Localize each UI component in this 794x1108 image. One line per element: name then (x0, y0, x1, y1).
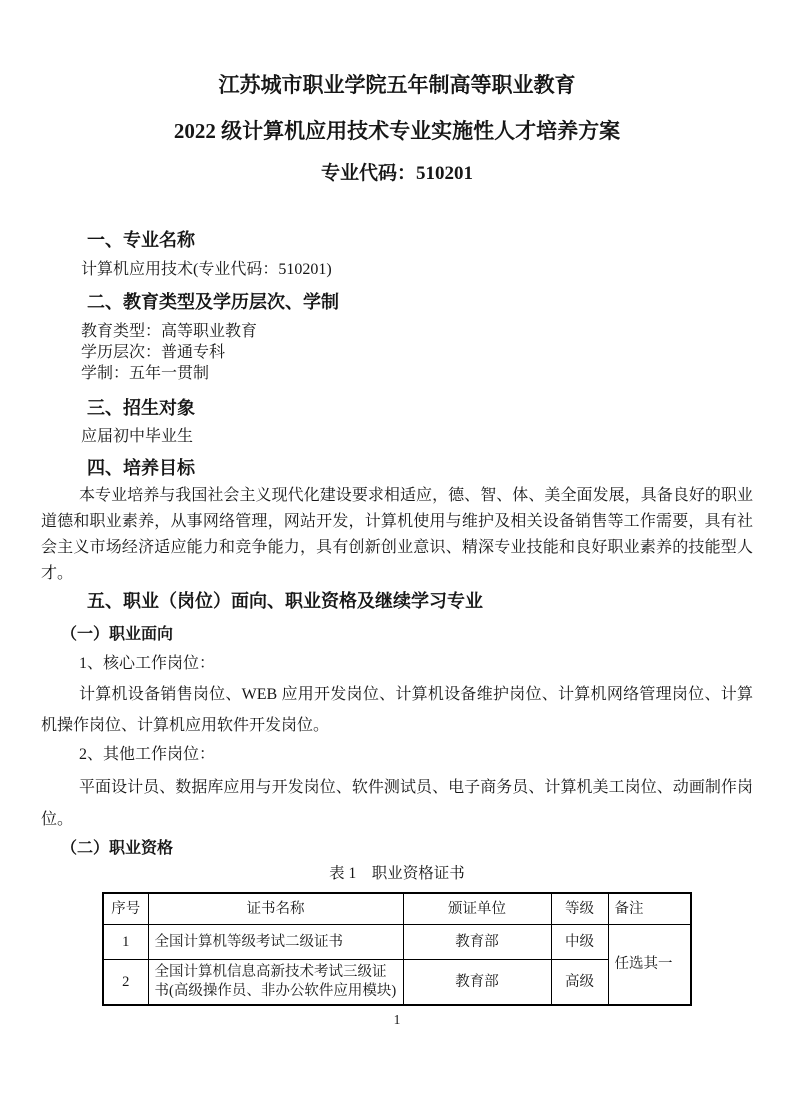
core-jobs-paragraph: 计算机设备销售岗位、WEB 应用开发岗位、计算机设备维护岗位、计算机网络管理岗位… (41, 679, 753, 741)
row-2-issuer: 教育部 (403, 960, 551, 1006)
row-1-level: 中级 (551, 925, 608, 960)
training-objective-paragraph: 本专业培养与我国社会主义现代化建设要求相适应，德、智、体、美全面发展，具备良好的… (41, 483, 753, 587)
section-3-heading: 三、招生对象 (87, 396, 753, 420)
column-header-no: 序号 (103, 893, 148, 925)
row-2-no: 2 (103, 960, 148, 1006)
doc-title-line-1: 江苏城市职业学院五年制高等职业教育 (41, 0, 753, 98)
column-header-level: 等级 (551, 893, 608, 925)
row-1-cert-name: 全国计算机等级考试二级证书 (148, 925, 403, 960)
section-2-body: 教育类型：高等职业教育 学历层次：普通专科 学制：五年一贯制 (41, 321, 753, 384)
subsection-5-2-heading: （二）职业资格 (61, 838, 753, 860)
table-header-row: 序号 证书名称 颁证单位 等级 备注 (103, 893, 691, 925)
column-header-issuer: 颁证单位 (403, 893, 551, 925)
row-2-cert-name: 全国计算机信息高新技术考试三级证书(高级操作员、非办公软件应用模块) (148, 960, 403, 1006)
row-1-issuer: 教育部 (403, 925, 551, 960)
table-row-1: 1 全国计算机等级考试二级证书 教育部 中级 任选其一 (103, 925, 691, 960)
subsection-5-1-heading: （一）职业面向 (61, 624, 753, 646)
column-header-cert-name: 证书名称 (148, 893, 403, 925)
qualification-certificates-table: 序号 证书名称 颁证单位 等级 备注 1 全国计算机等级考试二级证书 教育部 中… (102, 892, 692, 1006)
degree-level-line: 学历层次：普通专科 (41, 342, 753, 363)
row-1-no: 1 (103, 925, 148, 960)
merged-note-cell: 任选其一 (608, 925, 691, 1006)
schooling-length-line: 学制：五年一贯制 (41, 363, 753, 384)
other-jobs-paragraph: 平面设计员、数据库应用与开发岗位、软件测试员、电子商务员、计算机美工岗位、动画制… (41, 772, 753, 836)
core-jobs-label: 1、核心工作岗位： (41, 653, 753, 675)
column-header-note: 备注 (608, 893, 691, 925)
other-jobs-label: 2、其他工作岗位： (41, 744, 753, 766)
section-2-heading: 二、教育类型及学历层次、学制 (87, 290, 753, 314)
document-page: 江苏城市职业学院五年制高等职业教育 2022 级计算机应用技术专业实施性人才培养… (0, 0, 794, 1108)
section-5-heading: 五、职业（岗位）面向、职业资格及继续学习专业 (87, 589, 753, 613)
row-2-level: 高级 (551, 960, 608, 1006)
section-4-heading: 四、培养目标 (87, 456, 753, 480)
section-1-heading: 一、专业名称 (87, 228, 753, 252)
section-1-body: 计算机应用技术(专业代码：510201) (41, 259, 753, 281)
section-3-body: 应届初中毕业生 (41, 426, 753, 448)
table-row-2: 2 全国计算机信息高新技术考试三级证书(高级操作员、非办公软件应用模块) 教育部… (103, 960, 691, 1006)
page-number: 1 (0, 1012, 794, 1028)
doc-title-major-code: 专业代码：510201 (41, 162, 753, 186)
table-1-caption: 表 1 职业资格证书 (41, 863, 753, 884)
doc-title-line-2: 2022 级计算机应用技术专业实施性人才培养方案 (41, 118, 753, 144)
education-type-line: 教育类型：高等职业教育 (41, 321, 753, 342)
